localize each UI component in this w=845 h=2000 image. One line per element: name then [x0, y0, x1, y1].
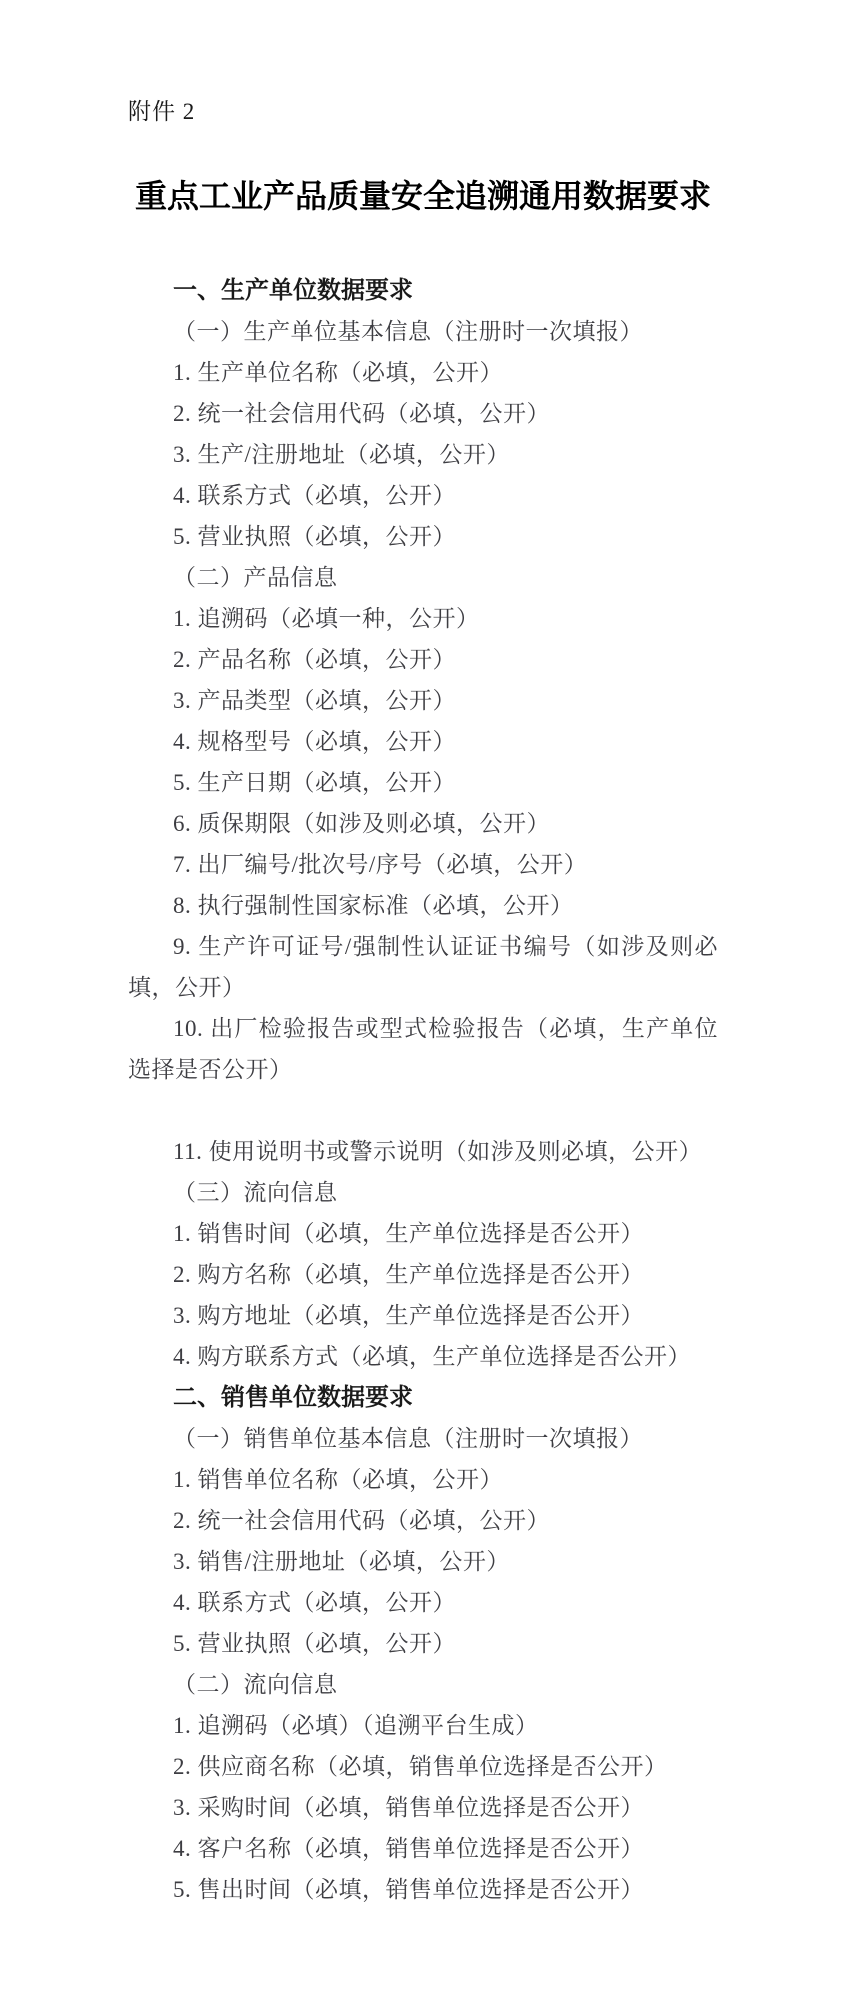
list-item: 1. 生产单位名称（必填，公开）	[128, 352, 718, 393]
list-item: 4. 联系方式（必填，公开）	[128, 1582, 718, 1623]
list-item: 10. 出厂检验报告或型式检验报告（必填，生产单位选择是否公开）	[128, 1008, 718, 1090]
list-item: 1. 追溯码（必填一种，公开）	[128, 598, 718, 639]
list-item: 5. 营业执照（必填，公开）	[128, 1623, 718, 1664]
subsection-heading: （一）销售单位基本信息（注册时一次填报）	[128, 1418, 718, 1459]
list-item: 4. 购方联系方式（必填，生产单位选择是否公开）	[128, 1336, 718, 1377]
list-item: 7. 出厂编号/批次号/序号（必填，公开）	[128, 844, 718, 885]
list-item: 8. 执行强制性国家标准（必填，公开）	[128, 885, 718, 926]
list-item: 1. 追溯码（必填）（追溯平台生成）	[128, 1705, 718, 1746]
attachment-label: 附件 2	[128, 96, 718, 128]
document-body: 一、生产单位数据要求（一）生产单位基本信息（注册时一次填报）1. 生产单位名称（…	[128, 270, 718, 1910]
page-title: 重点工业产品质量安全追溯通用数据要求	[128, 176, 718, 216]
subsection-heading: （三）流向信息	[128, 1172, 718, 1213]
section-heading: 一、生产单位数据要求	[128, 270, 718, 311]
list-item: 3. 产品类型（必填，公开）	[128, 680, 718, 721]
list-item: 2. 产品名称（必填，公开）	[128, 639, 718, 680]
list-item: 6. 质保期限（如涉及则必填，公开）	[128, 803, 718, 844]
list-item: 5. 营业执照（必填，公开）	[128, 516, 718, 557]
list-item: 2. 统一社会信用代码（必填，公开）	[128, 393, 718, 434]
document-page: 附件 2 重点工业产品质量安全追溯通用数据要求 一、生产单位数据要求（一）生产单…	[0, 0, 845, 2000]
list-item: 9. 生产许可证号/强制性认证证书编号（如涉及则必填，公开）	[128, 926, 718, 1008]
list-item: 1. 销售时间（必填，生产单位选择是否公开）	[128, 1213, 718, 1254]
list-item: 4. 联系方式（必填，公开）	[128, 475, 718, 516]
list-item: 3. 生产/注册地址（必填，公开）	[128, 434, 718, 475]
subsection-heading: （一）生产单位基本信息（注册时一次填报）	[128, 311, 718, 352]
list-item: 2. 供应商名称（必填，销售单位选择是否公开）	[128, 1746, 718, 1787]
subsection-heading: （二）流向信息	[128, 1664, 718, 1705]
list-item: 2. 统一社会信用代码（必填，公开）	[128, 1500, 718, 1541]
list-item: 2. 购方名称（必填，生产单位选择是否公开）	[128, 1254, 718, 1295]
list-item: 5. 售出时间（必填，销售单位选择是否公开）	[128, 1869, 718, 1910]
subsection-heading: （二）产品信息	[128, 557, 718, 598]
section-heading: 二、销售单位数据要求	[128, 1377, 718, 1418]
list-item: 11. 使用说明书或警示说明（如涉及则必填，公开）	[128, 1131, 718, 1172]
list-item: 1. 销售单位名称（必填，公开）	[128, 1459, 718, 1500]
list-item: 3. 采购时间（必填，销售单位选择是否公开）	[128, 1787, 718, 1828]
list-item: 3. 购方地址（必填，生产单位选择是否公开）	[128, 1295, 718, 1336]
list-item: 4. 规格型号（必填，公开）	[128, 721, 718, 762]
list-item: 5. 生产日期（必填，公开）	[128, 762, 718, 803]
list-item: 4. 客户名称（必填，销售单位选择是否公开）	[128, 1828, 718, 1869]
list-item: 3. 销售/注册地址（必填，公开）	[128, 1541, 718, 1582]
